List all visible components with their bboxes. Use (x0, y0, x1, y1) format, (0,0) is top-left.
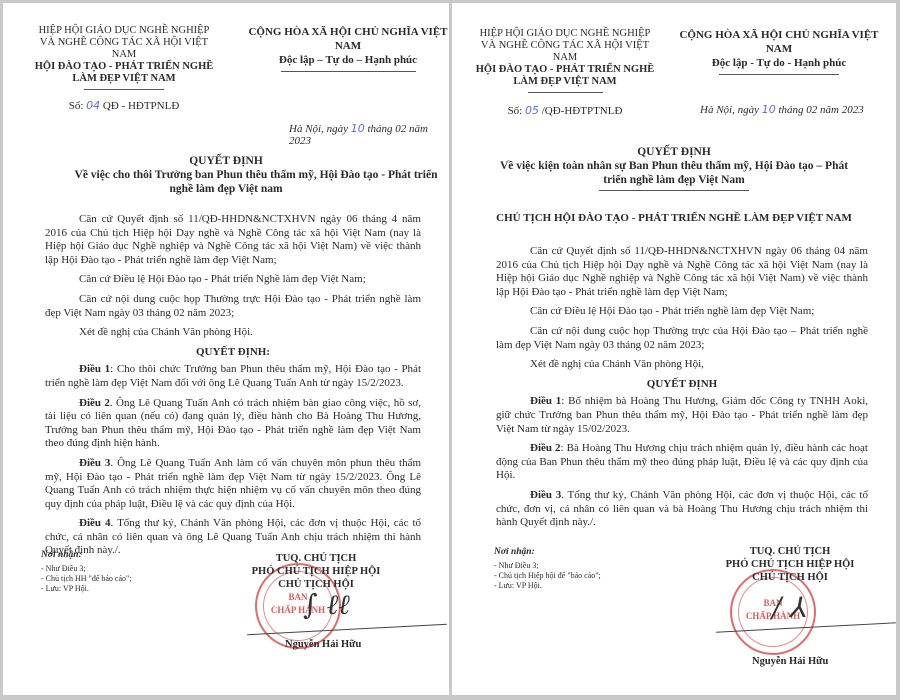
signature-title: TUQ. CHỦ TỊCH PHÓ CHỦ TỊCH HIỆP HỘI CHỦ … (231, 552, 401, 591)
signer-name: Nguyễn Hải Hữu (285, 639, 361, 650)
divider (528, 92, 603, 93)
article: Điều 1: Bổ nhiệm bà Hoàng Thu Hương, Giá… (496, 395, 868, 436)
handwritten-signature-icon: / ⅄ (772, 591, 807, 624)
issuing-authority: CHỦ TỊCH HỘI ĐÀO TẠO - PHÁT TRIỂN NGHỀ L… (452, 211, 896, 225)
decision-document-05: HIỆP HỘI GIÁO DỤC NGHỀ NGHIỆP VÀ NGHỀ CÔ… (452, 3, 896, 695)
article: Điều 1: Cho thôi chức Trưởng ban Phun th… (45, 363, 421, 390)
article: Điều 2. Ông Lê Quang Tuấn Anh có trách n… (45, 397, 421, 451)
decision-body: Căn cứ Quyết định số 11/QĐ-HHDN&NCTXHVN … (496, 245, 868, 536)
proposal-paragraph: Xét đề nghị của Chánh Văn phòng Hội, (496, 358, 868, 372)
document-header: HIỆP HỘI GIÁO DỤC NGHỀ NGHIỆP VÀ NGHỀ CÔ… (452, 25, 896, 135)
document-header: HIỆP HỘI GIÁO DỤC NGHỀ NGHIỆP VÀ NGHỀ CÔ… (3, 25, 449, 135)
decision-title: QUYẾT ĐỊNH Về việc cho thôi Trưởng ban P… (3, 154, 449, 196)
legal-basis-paragraph: Căn cứ Điều lệ Hội Đào tạo - Phát triển … (496, 305, 868, 319)
decision-body: Căn cứ Quyết định số 11/QĐ-HHDN&NCTXHVN … (45, 213, 421, 564)
article: Điều 3. Ông Lê Quang Tuấn Anh làm cố vấn… (45, 457, 421, 511)
decision-heading: QUYẾT ĐỊNH: (45, 346, 421, 360)
document-number: Số: 05 /QĐ-HĐTPTNLĐ (470, 105, 660, 117)
legal-basis-paragraph: Căn cứ nội dung cuộc họp Thường trực Hội… (45, 293, 421, 320)
national-motto: CỘNG HÒA XÃ HỘI CHỦ NGHĨA VIỆT NAM Độc l… (674, 28, 884, 75)
document-date: Hà Nội, ngày 10 tháng 02 năm 2023 (289, 122, 449, 147)
document-number: Số: 04 QĐ - HĐTPNLĐ (29, 100, 219, 112)
decision-title: QUYẾT ĐỊNH Về việc kiện toàn nhân sự Ban… (452, 145, 896, 191)
national-motto: CỘNG HÒA XÃ HỘI CHỦ NGHĨA VIỆT NAM Độc l… (243, 25, 449, 72)
legal-basis-paragraph: Căn cứ Quyết định số 11/QĐ-HHDN&NCTXHVN … (496, 245, 868, 299)
signer-name: Nguyễn Hải Hữu (752, 656, 828, 667)
article: Điều 2: Bà Hoàng Thu Hương chịu trách nh… (496, 442, 868, 483)
document-date: Hà Nội, ngày 10 tháng 02 năm 2023 (700, 103, 864, 116)
legal-basis-paragraph: Căn cứ Quyết định số 11/QĐ-HHDN&NCTXHVN … (45, 213, 421, 267)
divider (281, 71, 416, 72)
issuing-organization: HIỆP HỘI GIÁO DỤC NGHỀ NGHIỆP VÀ NGHỀ CÔ… (29, 25, 219, 112)
divider (599, 190, 749, 191)
legal-basis-paragraph: Căn cứ nội dung cuộc họp Thường trực của… (496, 325, 868, 352)
divider (719, 74, 839, 75)
article: Điều 3. Tổng thư ký, Chánh Văn phòng Hội… (496, 489, 868, 530)
legal-basis-paragraph: Căn cứ Điều lệ Hội Đào tạo - Phát triển … (45, 273, 421, 287)
handwritten-signature-icon: ∫ ℓℓ (303, 588, 350, 622)
decision-document-04: HIỆP HỘI GIÁO DỤC NGHỀ NGHIỆP VÀ NGHỀ CÔ… (3, 3, 449, 695)
issuing-organization: HIỆP HỘI GIÁO DỤC NGHỀ NGHIỆP VÀ NGHỀ CÔ… (470, 28, 660, 117)
signature-title: TUQ. CHỦ TỊCH PHÓ CHỦ TỊCH HIỆP HỘI CHỦ … (720, 545, 860, 584)
recipients-block: Nơi nhận: - Như Điều 3; - Chủ tịch HH "đ… (41, 550, 132, 594)
recipients-block: Nơi nhận: - Như Điều 3; - Chủ tịch Hiệp … (494, 547, 601, 591)
decision-heading: QUYẾT ĐỊNH (496, 378, 868, 392)
divider (84, 89, 164, 90)
proposal-paragraph: Xét đề nghị của Chánh Văn phòng Hội. (45, 326, 421, 340)
